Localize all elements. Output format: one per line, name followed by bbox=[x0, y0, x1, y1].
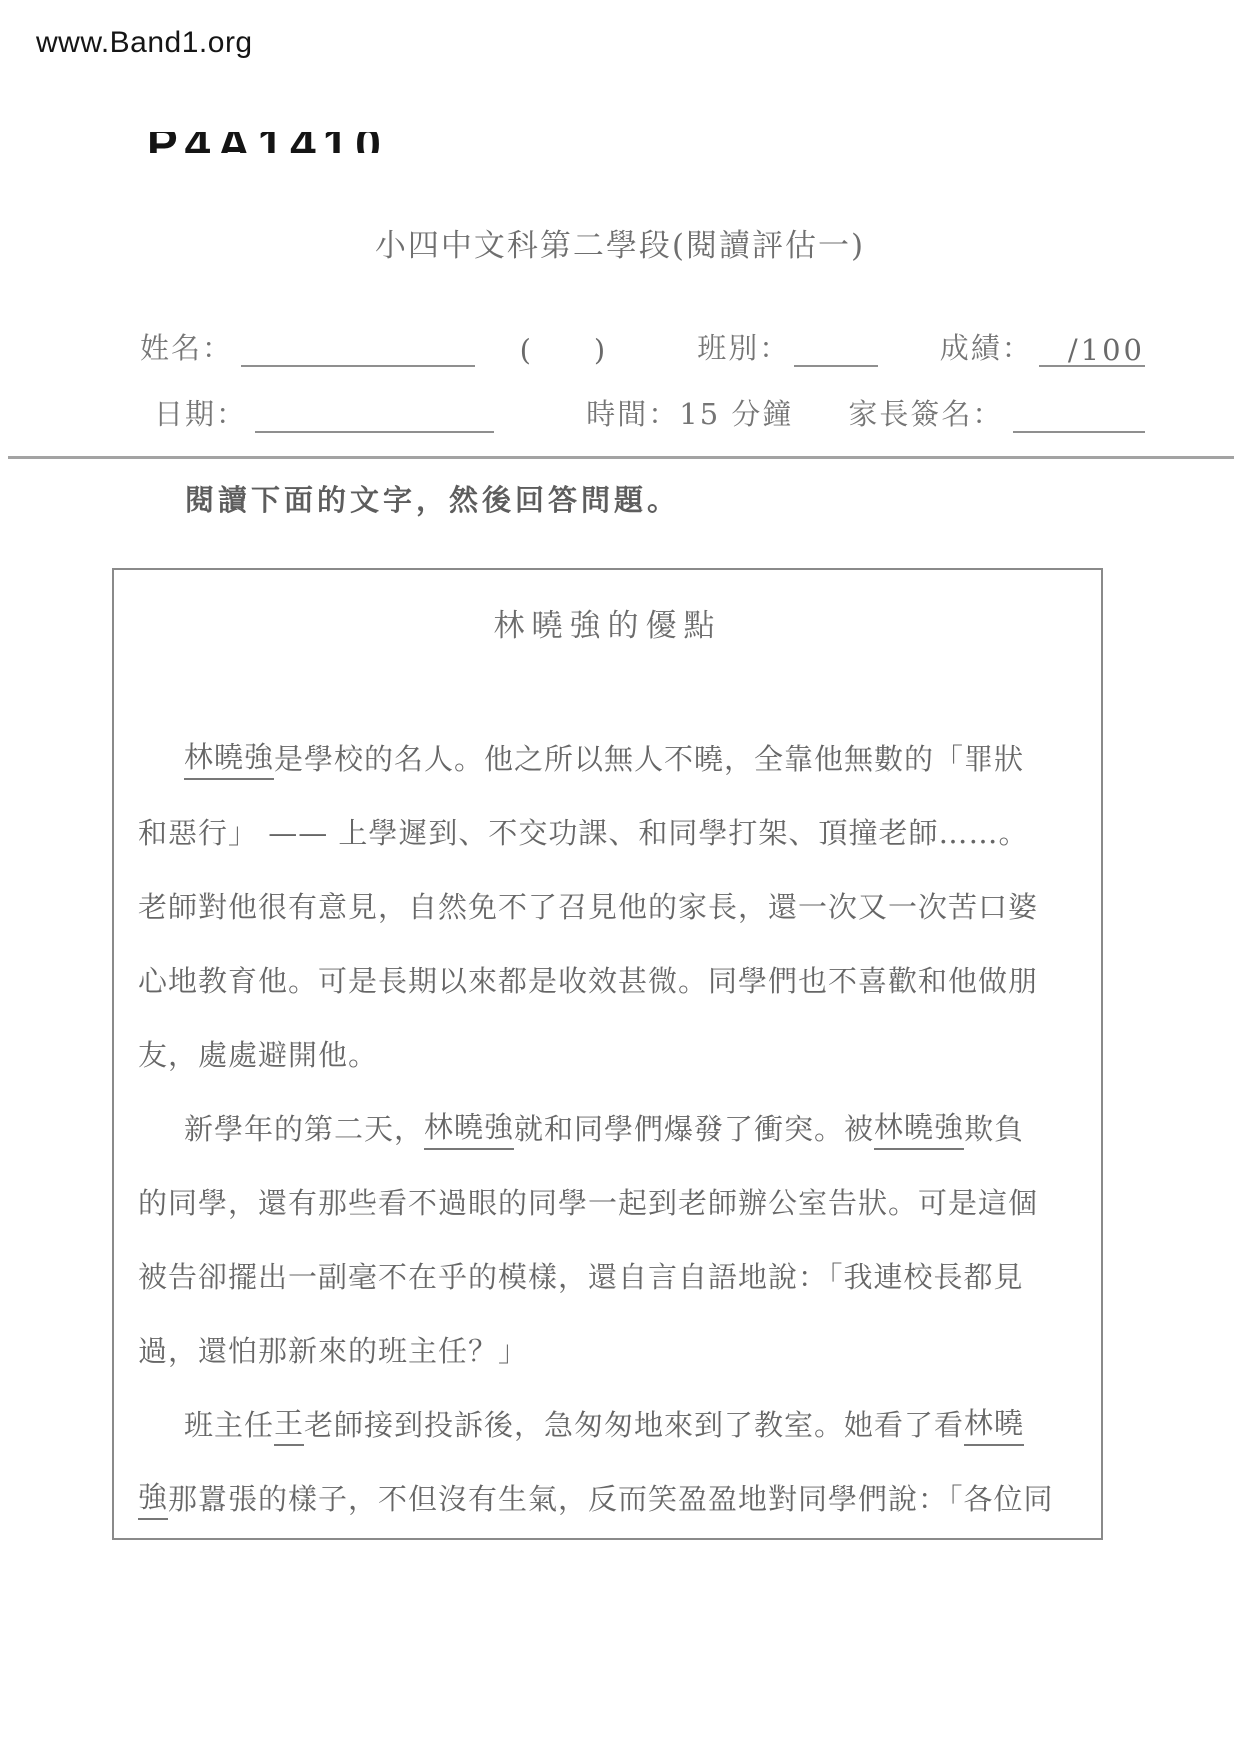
document-code-text: P4A1410 bbox=[147, 132, 387, 153]
class-label: 班別： bbox=[697, 326, 790, 367]
name-field-line bbox=[241, 333, 475, 367]
score-label: 成績： bbox=[940, 326, 1033, 367]
passage-body: 林曉強是學校的名人。他之所以無人不曉，全靠他無數的「罪狀和惡行」 —— 上學遲到… bbox=[138, 720, 1111, 1534]
horizontal-rule bbox=[8, 456, 1234, 459]
passage-line: 林曉強是學校的名人。他之所以無人不曉，全靠他無數的「罪狀 bbox=[138, 720, 1111, 794]
passage-line: 和惡行」 —— 上學遲到、不交功課、和同學打架、頂撞老師……。 bbox=[138, 794, 1111, 868]
form-row-1: 姓名： ( ) 班別： 成績： /100 bbox=[140, 326, 1145, 367]
instruction-text: 閱讀下面的文字，然後回答問題。 bbox=[185, 478, 680, 519]
document-code-clipped: P4A1410 bbox=[147, 132, 387, 153]
site-watermark: www.Band1.org bbox=[36, 26, 253, 60]
passage-line: 友，處處避開他。 bbox=[138, 1016, 1111, 1090]
passage-line: 過，還怕那新來的班主任？」 bbox=[138, 1312, 1111, 1386]
time-label: 時間： bbox=[586, 392, 679, 433]
paren-open: ( bbox=[520, 333, 533, 367]
paper-title: 小四中文科第二學段(閱讀評估一) bbox=[0, 220, 1240, 265]
passage-line: 的同學，還有那些看不過眼的同學一起到老師辦公室告狀。可是這個 bbox=[138, 1164, 1111, 1238]
passage-line: 老師對他很有意見，自然免不了召見他的家長，還一次又一次苦口婆 bbox=[138, 868, 1111, 942]
class-field-line bbox=[794, 333, 878, 367]
underlined-proper-noun: 林曉強 bbox=[184, 735, 274, 780]
passage-box: 林曉強的優點 林曉強是學校的名人。他之所以無人不曉，全靠他無數的「罪狀和惡行」 … bbox=[112, 568, 1103, 1540]
date-field-line bbox=[255, 399, 494, 433]
passage-title: 林曉強的優點 bbox=[114, 600, 1101, 645]
underlined-proper-noun: 林曉強 bbox=[874, 1105, 964, 1150]
parent-sign-field-line bbox=[1013, 399, 1145, 433]
form-row-2: 日期： 時間： 15 分鐘 家長簽名： bbox=[140, 392, 1145, 433]
passage-line: 被告卻擺出一副毫不在乎的模樣，還自言自語地說：「我連校長都見 bbox=[138, 1238, 1111, 1312]
underlined-proper-noun: 王 bbox=[274, 1401, 304, 1446]
underlined-proper-noun: 強 bbox=[138, 1475, 168, 1520]
scanned-test-paper: { "watermark": "www.Band1.org", "doc_cod… bbox=[0, 0, 1240, 1754]
passage-line: 新學年的第二天，林曉強就和同學們爆發了衝突。被林曉強欺負 bbox=[138, 1090, 1111, 1164]
underlined-proper-noun: 林曉 bbox=[964, 1401, 1024, 1446]
passage-line: 心地教育他。可是長期以來都是收效甚微。同學們也不喜歡和他做朋 bbox=[138, 942, 1111, 1016]
paren-close: ) bbox=[594, 333, 607, 367]
passage-line: 班主任王老師接到投訴後，急匆匆地來到了教室。她看了看林曉 bbox=[138, 1386, 1111, 1460]
time-value: 15 分鐘 bbox=[679, 392, 793, 433]
date-label: 日期： bbox=[154, 392, 247, 433]
score-field-line: /100 bbox=[1039, 333, 1145, 367]
name-label: 姓名： bbox=[140, 326, 233, 367]
underlined-proper-noun: 林曉強 bbox=[424, 1105, 514, 1150]
parent-sign-label: 家長簽名： bbox=[848, 392, 1003, 433]
passage-line: 強那囂張的樣子，不但沒有生氣，反而笑盈盈地對同學們說：「各位同 bbox=[138, 1460, 1111, 1534]
